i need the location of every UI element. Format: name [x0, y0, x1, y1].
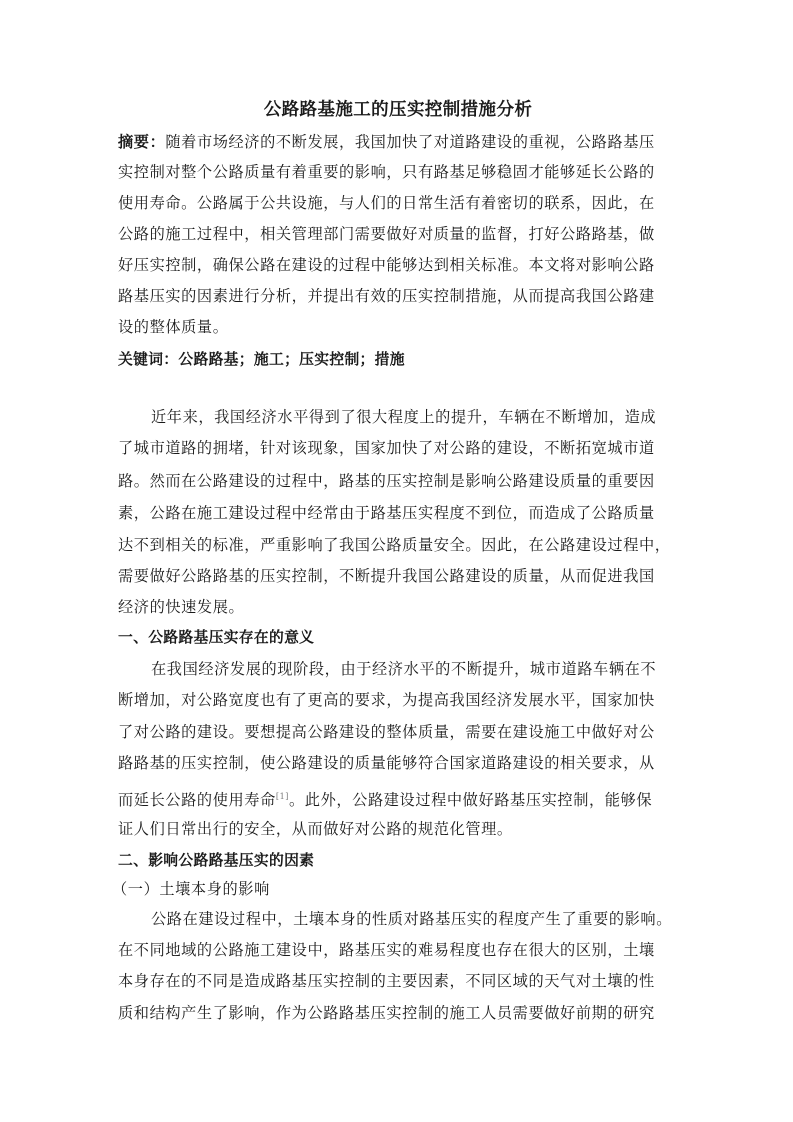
paragraph-line: 证人们日常出行的安全，从而做好对公路的规范化管理。	[118, 819, 513, 839]
section-heading-2: 二、影响公路路基压实的因素	[118, 851, 314, 871]
paragraph-line: 经济的快速发展。	[118, 597, 244, 617]
section-heading-1: 一、公路路基压实存在的意义	[118, 628, 314, 648]
abstract-line: 好压实控制，确保公路在建设的过程中能够达到相关标准。本文将对影响公路	[118, 255, 655, 275]
paragraph-line: 近年来，我国经济水平得到了很大程度上的提升，车辆在不断增加，造成	[151, 407, 656, 427]
keywords: 关键词：公路路基；施工；压实控制；措施	[118, 350, 405, 370]
paragraph-line: 达不到相关的标准，严重影响了我国公路质量安全。因此，在公路建设过程中，	[118, 535, 671, 555]
paragraph-line: 质和结构产生了影响，作为公路路基压实控制的施工人员需要做好前期的研究	[118, 1003, 655, 1023]
document-title: 公路路基施工的压实控制措施分析	[118, 96, 678, 121]
paragraph-line: 本身存在的不同是造成路基压实控制的主要因素，不同区域的天气对土壤的性	[118, 971, 655, 991]
citation-marker[interactable]: [1]	[276, 792, 289, 801]
abstract-line: 公路的施工过程中，相关管理部门需要做好对质量的监督，打好公路路基，做	[118, 224, 655, 244]
paragraph-line: 断增加，对公路宽度也有了更高的要求，为提高我国经济发展水平，国家加快	[118, 690, 655, 710]
paragraph-line: 而延长公路的使用寿命[1]。此外，公路建设过程中做好路基压实控制，能够保	[118, 787, 652, 810]
paragraph-line: 需要做好公路路基的压实控制，不断提升我国公路建设的质量，从而促进我国	[118, 566, 655, 586]
paragraph-line: 路路基的压实控制，使公路建设的质量能够符合国家道路建设的相关要求，从	[118, 753, 655, 773]
paragraph-line: 在不同地域的公路施工建设中，路基压实的难易程度也存在很大的区别，土壤	[118, 940, 655, 960]
abstract-line: 路基压实的因素进行分析，并提出有效的压实控制措施，从而提高我国公路建	[118, 286, 655, 306]
abstract-line: 实控制对整个公路质量有着重要的影响，只有路基足够稳固才能够延长公路的	[118, 162, 655, 182]
abstract-label: 摘要：	[118, 133, 165, 151]
paragraph-line: 素，公路在施工建设过程中经常由于路基压实程度不到位，而造成了公路质量	[118, 503, 655, 523]
subsection-heading: （一）土壤本身的影响	[112, 879, 270, 899]
paragraph-line: 在我国经济发展的现阶段，由于经济水平的不断提升，城市道路车辆在不	[151, 659, 656, 679]
paragraph-line: 公路在建设过程中，土壤本身的性质对路基压实的程度产生了重要的影响。	[151, 909, 672, 929]
abstract-line: 摘要：随着市场经济的不断发展，我国加快了对道路建设的重视，公路路基压	[118, 132, 655, 152]
paragraph-line: 了城市道路的拥堵，针对该现象，国家加快了对公路的建设，不断拓宽城市道	[118, 438, 655, 458]
abstract-line: 使用寿命。公路属于公共设施，与人们的日常生活有着密切的联系，因此，在	[118, 193, 655, 213]
paragraph-line: 路。然而在公路建设的过程中，路基的压实控制是影响公路建设质量的重要因	[118, 471, 655, 491]
abstract-line: 设的整体质量。	[118, 317, 229, 337]
paragraph-line: 了对公路的建设。要想提高公路建设的整体质量，需要在建设施工中做好对公	[118, 722, 655, 742]
